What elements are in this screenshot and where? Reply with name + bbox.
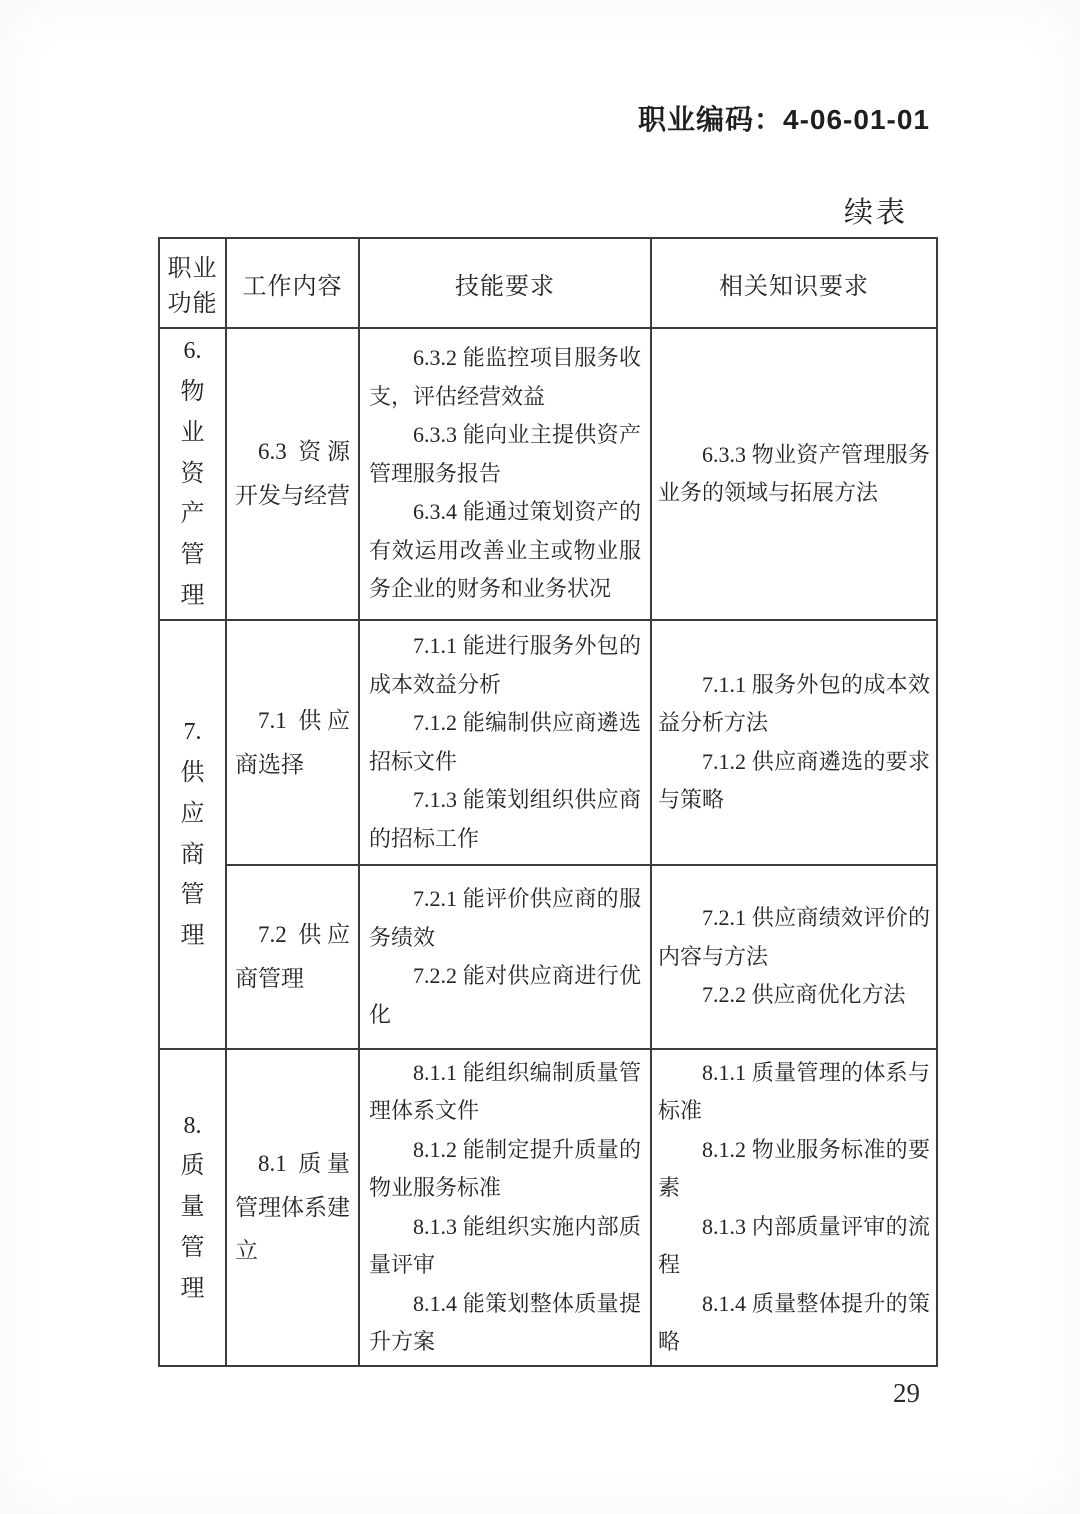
function-name-char: 质 [162, 1146, 223, 1187]
knowledge-item: 6.3.3 物业资产管理服务业务的领域与拓展方法 [658, 436, 930, 513]
skills-cell: 7.2.1 能评价供应商的服务绩效7.2.2 能对供应商进行优化 [359, 865, 651, 1049]
header-row: 职业功能工作内容技能要求相关知识要求 [159, 238, 937, 328]
column-header: 相关知识要求 [651, 238, 937, 328]
knowledge-item: 7.1.1 服务外包的成本效益分析方法 [658, 666, 930, 743]
skill-item: 7.1.3 能策划组织供应商的招标工作 [369, 781, 641, 858]
knowledge-item: 8.1.2 物业服务标准的要素 [658, 1131, 930, 1208]
work-content-cell: 6.3 资源开发与经营 [226, 328, 359, 620]
work-content-text: 7.1 供应商选择 [235, 699, 350, 786]
function-name-char: 量 [162, 1187, 223, 1228]
function-cell: 6.物业资产管理 [159, 328, 226, 620]
function-name-char: 理 [162, 1269, 223, 1310]
knowledge-item: 7.1.2 供应商遴选的要求与策略 [658, 743, 930, 820]
skills-cell: 6.3.2 能监控项目服务收支，评估经营效益6.3.3 能向业主提供资产管理服务… [359, 328, 651, 620]
function-name-char: 管 [162, 875, 223, 916]
standard-table: 职业功能工作内容技能要求相关知识要求 6.物业资产管理6.3 资源开发与经营6.… [158, 237, 938, 1367]
knowledge-cell: 6.3.3 物业资产管理服务业务的领域与拓展方法 [651, 328, 937, 620]
knowledge-item: 8.1.4 质量整体提升的策略 [658, 1285, 930, 1362]
table-header-row: 职业功能工作内容技能要求相关知识要求 [159, 238, 937, 328]
function-name-char: 管 [162, 535, 223, 576]
table-row: 6.物业资产管理6.3 资源开发与经营6.3.2 能监控项目服务收支，评估经营效… [159, 328, 937, 620]
knowledge-item: 7.2.2 供应商优化方法 [658, 976, 930, 1015]
table-body: 6.物业资产管理6.3 资源开发与经营6.3.2 能监控项目服务收支，评估经营效… [159, 328, 937, 1366]
work-content-text: 7.2 供应商管理 [235, 913, 350, 1000]
work-content-text: 8.1 质量管理体系建立 [235, 1142, 350, 1273]
skill-item: 7.2.1 能评价供应商的服务绩效 [369, 880, 641, 957]
skill-item: 6.3.2 能监控项目服务收支，评估经营效益 [369, 339, 641, 416]
work-content-text: 6.3 资源开发与经营 [235, 430, 350, 517]
knowledge-item: 8.1.3 内部质量评审的流程 [658, 1208, 930, 1285]
function-name-char: 理 [162, 576, 223, 617]
function-name-char: 管 [162, 1228, 223, 1269]
function-name-char: 产 [162, 494, 223, 535]
work-content-cell: 8.1 质量管理体系建立 [226, 1049, 359, 1366]
knowledge-cell: 7.2.1 供应商绩效评价的内容与方法7.2.2 供应商优化方法 [651, 865, 937, 1049]
column-header: 职业功能 [159, 238, 226, 328]
function-cell: 7.供应商管理 [159, 620, 226, 1049]
skill-item: 8.1.1 能组织编制质量管理体系文件 [369, 1054, 641, 1131]
document-page: 职业编码：4-06-01-01 续表 职业功能工作内容技能要求相关知识要求 6.… [0, 0, 1080, 1514]
skills-cell: 8.1.1 能组织编制质量管理体系文件8.1.2 能制定提升质量的物业服务标准8… [359, 1049, 651, 1366]
function-name-char: 资 [162, 454, 223, 495]
function-number: 8. [162, 1106, 223, 1147]
function-number: 6. [162, 331, 223, 372]
skill-item: 6.3.3 能向业主提供资产管理服务报告 [369, 416, 641, 493]
occupation-code: 职业编码：4-06-01-01 [638, 98, 930, 138]
table-row: 7.供应商管理7.1 供应商选择7.1.1 能进行服务外包的成本效益分析7.1.… [159, 620, 937, 865]
work-content-cell: 7.2 供应商管理 [226, 865, 359, 1049]
skills-cell: 7.1.1 能进行服务外包的成本效益分析7.1.2 能编制供应商遴选招标文件7.… [359, 620, 651, 865]
function-name-char: 供 [162, 753, 223, 794]
page-number: 29 [893, 1378, 920, 1409]
function-name-char: 商 [162, 835, 223, 876]
function-number: 7. [162, 712, 223, 753]
table-row: 8.质量管理8.1 质量管理体系建立8.1.1 能组织编制质量管理体系文件8.1… [159, 1049, 937, 1366]
knowledge-cell: 7.1.1 服务外包的成本效益分析方法7.1.2 供应商遴选的要求与策略 [651, 620, 937, 865]
skill-item: 7.2.2 能对供应商进行优化 [369, 957, 641, 1034]
knowledge-item: 7.2.1 供应商绩效评价的内容与方法 [658, 899, 930, 976]
column-header: 工作内容 [226, 238, 359, 328]
work-content-cell: 7.1 供应商选择 [226, 620, 359, 865]
skill-item: 8.1.2 能制定提升质量的物业服务标准 [369, 1131, 641, 1208]
skill-item: 8.1.4 能策划整体质量提升方案 [369, 1285, 641, 1362]
column-header: 技能要求 [359, 238, 651, 328]
skill-item: 8.1.3 能组织实施内部质量评审 [369, 1208, 641, 1285]
knowledge-cell: 8.1.1 质量管理的体系与标准8.1.2 物业服务标准的要素8.1.3 内部质… [651, 1049, 937, 1366]
table-row: 7.2 供应商管理7.2.1 能评价供应商的服务绩效7.2.2 能对供应商进行优… [159, 865, 937, 1049]
skill-item: 7.1.2 能编制供应商遴选招标文件 [369, 704, 641, 781]
skill-item: 7.1.1 能进行服务外包的成本效益分析 [369, 627, 641, 704]
function-name-char: 物 [162, 372, 223, 413]
skill-item: 6.3.4 能通过策划资产的有效运用改善业主或物业服务企业的财务和业务状况 [369, 493, 641, 609]
function-name-char: 理 [162, 916, 223, 957]
continued-table-label: 续表 [844, 190, 908, 231]
function-name-char: 业 [162, 413, 223, 454]
knowledge-item: 8.1.1 质量管理的体系与标准 [658, 1054, 930, 1131]
function-name-char: 应 [162, 794, 223, 835]
function-cell: 8.质量管理 [159, 1049, 226, 1366]
